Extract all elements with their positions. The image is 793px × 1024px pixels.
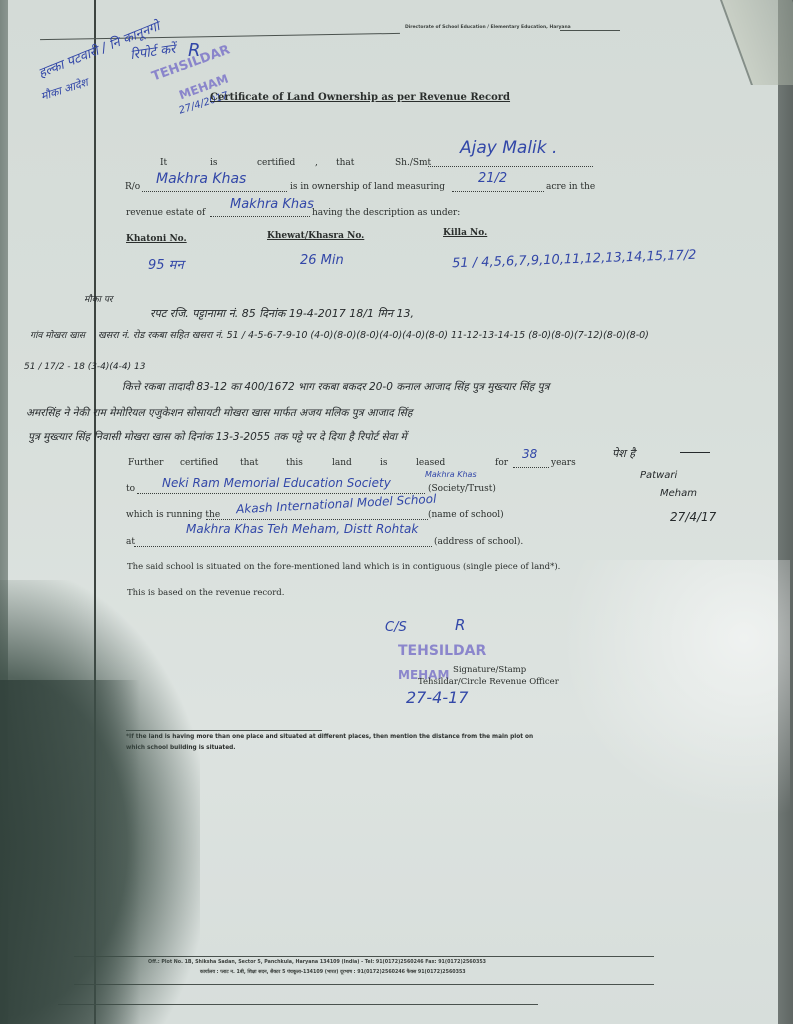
word-leased: leased [416, 458, 445, 468]
hindi-note-line3: कित्ते रकबा तादादी 83-12 का 400/1672 भाग… [122, 380, 549, 394]
to-label: to [126, 484, 135, 494]
hindi-note-line5: पुत्र मुख्त्यार सिंह निवासी मोखरा खास को… [28, 430, 407, 444]
signature-label: Signature/Stamp [453, 665, 526, 675]
hindi-note-line1: रपट रजि. पट्टानामा नं. 85 दिनांक 19-4-20… [150, 306, 414, 321]
hindi-note-line3-left: 51 / 17/2 - 18 (3-4)(4-4) 13 [24, 362, 145, 372]
school-suffix: (name of school) [428, 510, 504, 520]
description-text: having the description as under: [312, 208, 460, 218]
kanungo-signature: Meham [660, 488, 697, 499]
note-date: 27/4/17 [670, 510, 716, 524]
contiguous-statement: The said school is situated on the fore-… [127, 562, 560, 572]
khewat-value: 26 Min [300, 253, 344, 268]
residence-line [142, 190, 287, 192]
society-extra: Makhra Khas [425, 470, 477, 479]
word-for: for [495, 458, 508, 468]
hand-shadow-edge [0, 680, 140, 1024]
word-land: land [332, 458, 352, 468]
header-khatoni: Khatoni No. [126, 234, 187, 244]
school-line [206, 518, 428, 520]
years-value: 38 [522, 447, 537, 461]
signature-initials: C/S [385, 620, 407, 635]
estate-value: Makhra Khas [230, 197, 314, 212]
years-label: years [551, 458, 576, 468]
word-this: this [286, 458, 303, 468]
word-that-2: that [240, 458, 258, 468]
officer-label: Tehsildar/Circle Revenue Officer [418, 677, 559, 687]
patwari-signature: Patwari [640, 470, 677, 481]
word-certified-2: certified [180, 458, 218, 468]
footer-address-hindi: कार्यालय : प्लाट न. 1बी, शिक्षा सदन, सैक… [200, 969, 466, 975]
hindi-note-line4: अमरसिंह ने नेकी राम मेमोरियल एजुकेशन सोस… [26, 406, 412, 420]
pesh-hai-dash [680, 452, 710, 453]
label-sh-smt: Sh./Smt [395, 158, 431, 168]
address-line [134, 545, 432, 547]
word-is: is [210, 158, 218, 168]
address-suffix: (address of school). [434, 537, 523, 547]
signature-date: 27-4-17 [406, 688, 468, 707]
owner-name-value: Ajay Malik . [460, 138, 557, 158]
khatoni-value: 95 मन [148, 255, 184, 273]
signature-initial-2: R [455, 616, 465, 634]
measure-line [452, 190, 544, 192]
word-that: that [336, 158, 354, 168]
society-value: Neki Ram Memorial Education Society [162, 476, 391, 490]
hindi-note-line2-left: गांव मोखरा खास [30, 328, 85, 341]
bottom-stamp-tehsildar: TEHSILDAR [398, 643, 486, 659]
ownership-text: is in ownership of land measuring [290, 182, 445, 192]
residence-value: Makhra Khas [156, 171, 246, 187]
word-is-2: is [380, 458, 388, 468]
light-glare [560, 560, 790, 820]
word-it: It [160, 158, 167, 168]
word-comma: , [315, 158, 318, 168]
word-certified: certified [257, 158, 295, 168]
society-suffix: (Society/Trust) [428, 484, 496, 494]
owner-name-line [428, 165, 593, 167]
label-revenue-estate: revenue estate of [126, 208, 205, 218]
header-khewat: Khewat/Khasra No. [267, 231, 364, 241]
acre-text: acre in the [546, 182, 595, 192]
document-title: Certificate of Land Ownership as per Rev… [210, 92, 510, 103]
hindi-note-pesh-hai: पेश है [612, 446, 635, 461]
years-line [513, 466, 549, 468]
label-ro: R/o [125, 182, 140, 192]
header-rule-right [560, 30, 620, 31]
hindi-note-line2: खसरा नं. रोड रकबा सहित खसरा नं. 51 / 4-5… [98, 328, 649, 341]
estate-line [210, 215, 310, 217]
address-value: Makhra Khas Teh Meham, Distt Rohtak [186, 522, 418, 536]
header-department: Directorate of School Education / Elemen… [405, 25, 571, 30]
hindi-note-line0: मौका पर [84, 292, 113, 305]
word-further: Further [128, 458, 163, 468]
header-killa: Killa No. [443, 228, 487, 238]
measure-value: 21/2 [478, 171, 507, 186]
